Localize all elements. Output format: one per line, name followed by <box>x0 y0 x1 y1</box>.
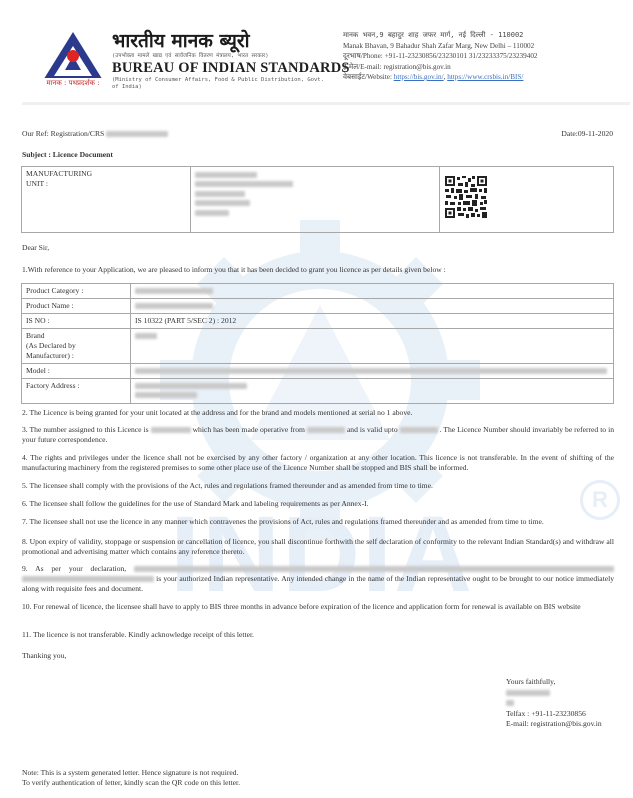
table-row: Product Category : <box>22 284 614 299</box>
valid-date-redacted <box>400 427 438 433</box>
row-value <box>131 284 614 299</box>
table-row: IS NO : IS 10322 (PART 5/SEC 2) : 2012 <box>22 314 614 329</box>
unit-line-redacted <box>195 200 250 206</box>
closing: Yours faithfully, <box>506 677 602 688</box>
para3-text: which has been made operative from <box>191 425 307 434</box>
org-name-hindi: भारतीय मानक ब्यूरो <box>112 30 350 52</box>
brand-label-line-3: Manufacturer) : <box>26 351 126 361</box>
row-label: Product Category : <box>22 284 131 299</box>
contact-block: मानक भवन,9 बहादुर शाह जफर मार्ग, नई दिल्… <box>343 30 538 83</box>
signoff-email: E-mail: registration@bis.gov.in <box>506 719 602 730</box>
row-value: IS 10322 (PART 5/SEC 2) : 2012 <box>131 314 614 329</box>
telfax: Telfax : +91-11-23230856 <box>506 709 602 720</box>
row-value <box>131 329 614 364</box>
unit-line-redacted <box>195 191 245 197</box>
email-line: ई-मेल/E-mail: registration@bis.gov.in <box>343 62 538 73</box>
paragraph-10: 10. For renewal of licence, the licensee… <box>22 602 614 612</box>
reference-redacted <box>106 131 168 137</box>
org-ministry: (Ministry of Consumer Affairs, Food & Pu… <box>112 77 327 91</box>
unit-label-cell: MANUFACTURING UNIT : <box>22 167 191 233</box>
paragraph-5: 5. The licensee shall comply with the pr… <box>22 481 614 491</box>
manufacturing-unit-table: MANUFACTURING UNIT : <box>21 166 614 233</box>
para9-text: 9. As per your declaration, <box>22 564 134 573</box>
row-label: Brand (As Declared by Manufacturer) : <box>22 329 131 364</box>
redacted-value <box>135 333 157 339</box>
reference-label: Our Ref: Registration/CRS <box>22 129 106 138</box>
website-link-crsbis[interactable]: https://www.crsbis.in/BIS/ <box>447 73 523 81</box>
email-value: registration@bis.gov.in <box>383 63 450 71</box>
paragraph-6: 6. The licensee shall follow the guideli… <box>22 499 614 509</box>
brand-label-line-1: Brand <box>26 331 126 341</box>
para3-text: and is valid upto <box>345 425 400 434</box>
row-value <box>131 379 614 404</box>
paragraph-2: 2. The Licence is being granted for your… <box>22 408 614 418</box>
operative-date-redacted <box>307 427 345 433</box>
licence-number-redacted <box>151 427 191 433</box>
unit-line-redacted <box>195 210 229 216</box>
org-block: भारतीय मानक ब्यूरो (उपभोक्ता मामले खाद्य… <box>112 30 350 91</box>
table-row: Brand (As Declared by Manufacturer) : <box>22 329 614 364</box>
redacted-value <box>135 303 213 309</box>
org-name: BUREAU OF INDIAN STANDARDS <box>112 60 350 77</box>
row-value <box>131 364 614 379</box>
signatory-title-redacted <box>506 700 514 706</box>
address-hindi: मानक भवन,9 बहादुर शाह जफर मार्ग, नई दिल्… <box>343 30 538 41</box>
table-row: Factory Address : <box>22 379 614 404</box>
reference: Our Ref: Registration/CRS <box>22 129 168 139</box>
phone-line: दूरभाष/Phone: +91-11-23230856/23230101 3… <box>343 51 538 62</box>
row-value <box>131 299 614 314</box>
signatory-name <box>506 688 602 699</box>
website-line: वेबसाईट/Website: https://bis.gov.in/, ht… <box>343 72 538 83</box>
paragraph-3: 3. The number assigned to this Licence i… <box>22 425 614 445</box>
licence-letter-page: INDIA R मानक : पथप्रदर्शक : भारतीय मानक … <box>0 0 633 798</box>
unit-label-line-2: UNIT : <box>26 179 186 189</box>
paragraph-7: 7. The licensee shall not use the licenc… <box>22 517 614 527</box>
qr-code-icon[interactable] <box>444 175 488 219</box>
header-divider <box>22 102 630 105</box>
redacted-value <box>135 368 607 374</box>
table-row: Product Name : <box>22 299 614 314</box>
representative-redacted <box>22 576 154 582</box>
redacted-value <box>135 288 213 294</box>
licence-details-table: Product Category : Product Name : IS NO … <box>21 283 614 404</box>
representative-redacted <box>134 566 614 572</box>
qr-cell <box>440 167 614 233</box>
logo-caption: मानक : पथप्रदर्शक : <box>41 78 105 89</box>
unit-address-cell <box>191 167 440 233</box>
greeting: Dear Sir, <box>22 243 614 253</box>
redacted-value <box>135 383 247 389</box>
paragraph-11: 11. The licence is not transferable. Kin… <box>22 630 614 640</box>
row-label: Model : <box>22 364 131 379</box>
paragraph-4: 4. The rights and privileges under the l… <box>22 453 614 473</box>
signatory-title <box>506 698 602 709</box>
paragraph-9: 9. As per your declaration, is your auth… <box>22 564 614 594</box>
website-label: वेबसाईट/Website: <box>343 73 394 81</box>
org-subtitle-hindi: (उपभोक्ता मामले खाद्य एवं सार्वजनिक वितर… <box>112 52 350 60</box>
paragraph-1: 1.With reference to your Application, we… <box>22 265 614 275</box>
footer-note: Note: This is a system generated letter.… <box>22 768 240 788</box>
row-label: Product Name : <box>22 299 131 314</box>
paragraph-8: 8. Upon expiry of validity, stoppage or … <box>22 537 614 557</box>
phone-value: +91-11-23230856/23230101 31/23233375/232… <box>385 52 538 60</box>
unit-line-redacted <box>195 172 257 178</box>
note-line-2: To verify authentication of letter, kind… <box>22 778 240 788</box>
phone-label: दूरभाष/Phone: <box>343 52 385 60</box>
subject: Subject : Licence Document <box>22 150 113 160</box>
website-link-bis[interactable]: https://bis.gov.in/ <box>394 73 444 81</box>
row-label: Factory Address : <box>22 379 131 404</box>
brand-label-line-2: (As Declared by <box>26 341 126 351</box>
para3-text: 3. The number assigned to this Licence i… <box>22 425 151 434</box>
thanks: Thanking you, <box>22 651 614 661</box>
redacted-value <box>135 392 197 398</box>
signature-block: Yours faithfully, Telfax : +91-11-232308… <box>506 677 602 730</box>
address: Manak Bhavan, 9 Bahadur Shah Zafar Marg,… <box>343 41 538 52</box>
email-label: ई-मेल/E-mail: <box>343 63 383 71</box>
letter-date: Date:09-11-2020 <box>561 129 613 139</box>
unit-line-redacted <box>195 181 293 187</box>
note-line-1: Note: This is a system generated letter.… <box>22 768 240 778</box>
row-label: IS NO : <box>22 314 131 329</box>
unit-label-line-1: MANUFACTURING <box>26 169 186 179</box>
table-row: Model : <box>22 364 614 379</box>
signatory-name-redacted <box>506 690 550 696</box>
